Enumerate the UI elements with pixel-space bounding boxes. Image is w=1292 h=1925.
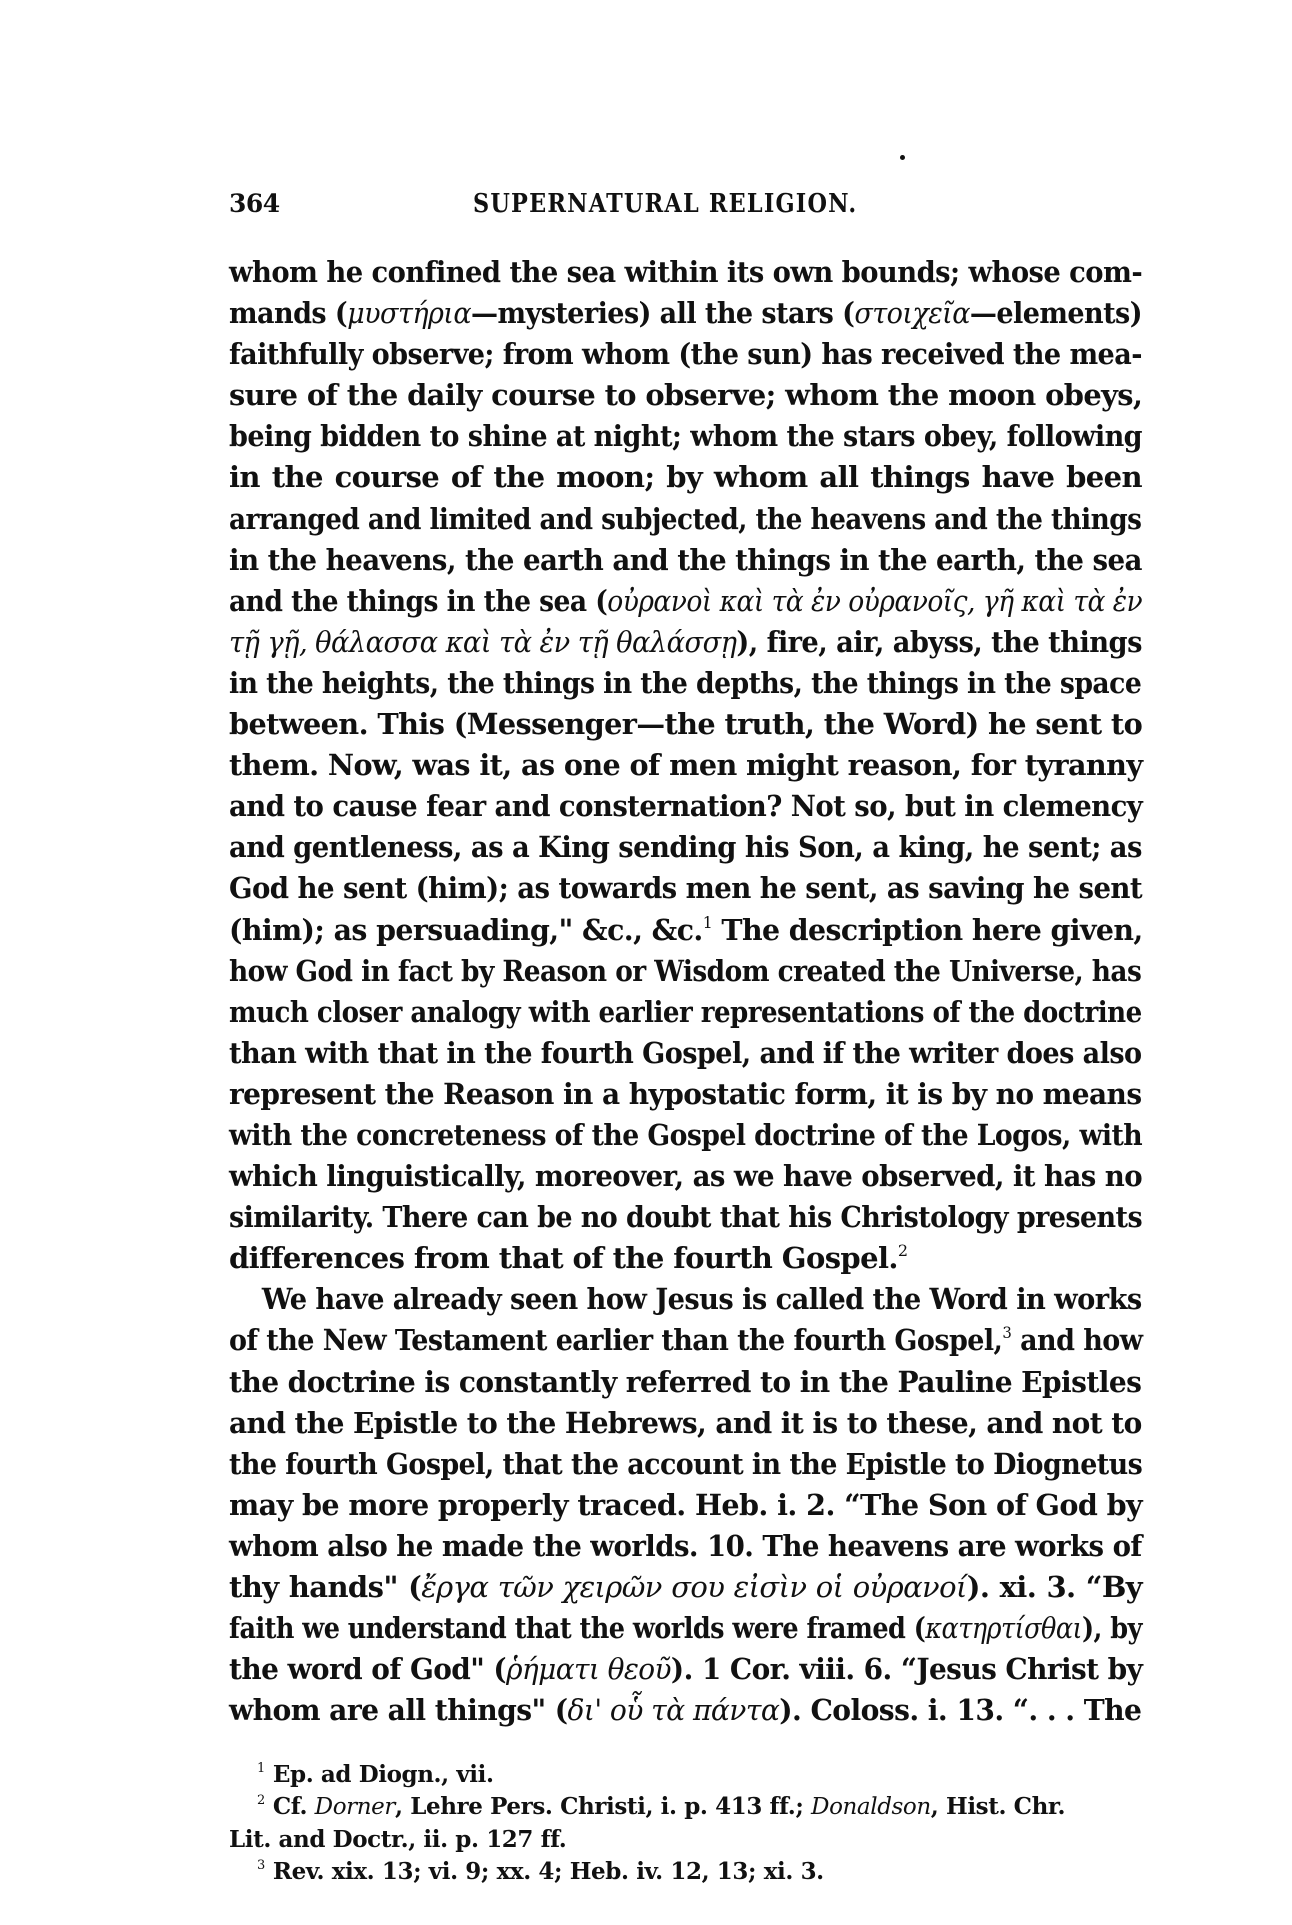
body-line: God he sent (him); as towards men he sen… [229, 868, 1097, 909]
footnote-marker: 3 [257, 1858, 265, 1873]
body-line: the doctrine is constantly referred to i… [229, 1362, 1113, 1403]
footnote-marker: 1 [257, 1761, 265, 1776]
body-line: with the concreteness of the Gospel doct… [229, 1115, 1069, 1156]
body-line: of the New Testament earlier than the fo… [229, 1320, 1078, 1361]
text-run: The description here given, [712, 913, 1143, 947]
footnote-marker: 2 [257, 1793, 265, 1808]
text-run: may be more properly traced. Heb. i. 2. … [229, 1488, 1142, 1522]
body-line: similarity. There can be no doubt that h… [229, 1197, 1077, 1238]
body-line: and the Epistle to the Hebrews, and it i… [229, 1403, 1110, 1444]
footnote-line: Lit. and Doctr., ii. p. 127 ff. [229, 1824, 1142, 1856]
body-line: whom he confined the sea within its own … [229, 252, 1091, 293]
footnote-line: 1Ep. ad Diogn., vii. [229, 1759, 1142, 1791]
greek-text: οὐρανοὶ καὶ τὰ ἐν οὐρανοῖς, γῆ καὶ τὰ ἐν [607, 584, 1142, 618]
text-run: , Lehre Pers. Christi, i. p. 413 ff.; [395, 1793, 811, 1820]
text-run: ), fire, air, abyss, the things [736, 625, 1141, 659]
text-run: and how [1011, 1323, 1142, 1357]
text-run: of the New Testament earlier than the fo… [229, 1323, 1002, 1357]
text-run: similarity. There can be no doubt that h… [229, 1200, 1142, 1234]
footnote-marker: 3 [1002, 1323, 1011, 1342]
greek-text: ῥήματι θεοῦ [506, 1652, 671, 1686]
text-run: much closer analogy with earlier represe… [229, 995, 1142, 1029]
body-line: and to cause fear and consternation? Not… [229, 786, 1095, 827]
body-line: in the course of the moon; by whom all t… [229, 457, 1142, 498]
body-line: faith we understand that the worlds were… [229, 1608, 1032, 1649]
text-run: Rev. xix. 13; vi. 9; xx. 4; Heb. iv. 12,… [273, 1858, 824, 1885]
body-line: in the heights, the things in the depths… [229, 663, 1068, 704]
text-run: ), by [1082, 1611, 1142, 1645]
text-run: arranged and limited and subjected, the … [229, 502, 1141, 536]
text-run: whom also he made the worlds. 10. The he… [229, 1529, 1142, 1563]
text-run: represent the Reason in a hypostatic for… [229, 1077, 1142, 1111]
body-line: than with that in the fourth Gospel, and… [229, 1033, 1082, 1074]
footnotes: 1Ep. ad Diogn., vii.2Cf. Dorner, Lehre P… [229, 1759, 1142, 1888]
body-line: much closer analogy with earlier represe… [229, 992, 1051, 1033]
text-run: God he sent (him); as towards men he sen… [229, 871, 1142, 905]
body-line: between. This (Messenger—the truth, the … [229, 704, 1133, 745]
greek-text: ἔργα τῶν χειρῶν σου εἰσὶν οἱ οὐρανοί [421, 1570, 967, 1604]
text-run: them. Now, was it, as one of men might r… [229, 748, 1142, 782]
body-line: and gentleness, as a King sending his So… [229, 827, 1093, 868]
text-run: ). Coloss. i. 13. “. . . The [779, 1693, 1141, 1727]
text-run: and the things in the sea ( [229, 584, 607, 618]
text-run: faith we understand that the worlds were… [229, 1611, 925, 1645]
body-line: differences from that of the fourth Gosp… [229, 1238, 1142, 1279]
text-run: which linguistically, moreover, as we ha… [229, 1159, 1142, 1193]
text-run: with the concreteness of the Gospel doct… [229, 1118, 1142, 1152]
text-run: ). xi. 3. “By [967, 1570, 1142, 1604]
body-line: thy hands" (ἔργα τῶν χειρῶν σου εἰσὶν οἱ… [229, 1567, 1142, 1608]
text-run: , Hist. Chr. [931, 1793, 1065, 1820]
text-run: Cf. [273, 1793, 315, 1820]
text-run: the doctrine is constantly referred to i… [229, 1365, 1141, 1399]
body-line: arranged and limited and subjected, the … [229, 499, 1058, 540]
body-line: and the things in the sea (οὐρανοὶ καὶ τ… [229, 581, 1065, 622]
running-title: SUPERNATURAL RELIGION. [473, 188, 846, 220]
body-line: being bidden to shine at night; whom the… [229, 416, 1081, 457]
body-line: mands (μυστήρια—mysteries) all the stars… [229, 293, 1080, 334]
text-run: (him); as persuading," &c., &c. [229, 913, 703, 947]
text-run: in the course of the moon; by whom all t… [229, 460, 1142, 494]
body-line: the fourth Gospel, that the account in t… [229, 1444, 1076, 1485]
page-number: 364 [229, 188, 280, 220]
text-run: in the heavens, the earth and the things… [229, 543, 1142, 577]
body-line: whom also he made the worlds. 10. The he… [229, 1526, 1098, 1567]
text-run: Ep. ad Diogn., vii. [273, 1761, 494, 1788]
text-run: We have already seen how Jesus is called… [262, 1282, 1142, 1316]
body-line: may be more properly traced. Heb. i. 2. … [229, 1485, 1129, 1526]
text-run: —elements) [970, 296, 1142, 330]
body-line: faithfully observe; from whom (the sun) … [229, 334, 1082, 375]
text-run: and the Epistle to the Hebrews, and it i… [229, 1406, 1142, 1440]
greek-text: μυστήρια [347, 296, 471, 330]
text-run: faithfully observe; from whom (the sun) … [229, 337, 1142, 371]
text-run: ). 1 Cor. viii. 6. “Jesus Christ by [671, 1652, 1142, 1686]
body-line: the word of God" (ῥήματι θεοῦ). 1 Cor. v… [229, 1649, 1109, 1690]
body-line: (him); as persuading," &c., &c.1 The des… [229, 910, 1123, 951]
print-speck [900, 155, 905, 160]
body-line: them. Now, was it, as one of men might r… [229, 745, 1130, 786]
text-run: Lit. and Doctr., ii. p. 127 ff. [229, 1826, 566, 1853]
body-line: τῇ γῇ, θάλασσα καὶ τὰ ἐν τῇ θαλάσσῃ), fi… [229, 622, 1088, 663]
text-run: sure of the daily course to observe; who… [229, 378, 1142, 412]
greek-text: στοιχεῖα [854, 296, 970, 330]
body-line: how God in fact by Reason or Wisdom crea… [229, 951, 1060, 992]
body-line: We have already seen how Jesus is called… [229, 1279, 1087, 1320]
text-run: whom are all things" ( [229, 1693, 568, 1727]
text-run: between. This (Messenger—the truth, the … [229, 707, 1142, 741]
greek-text: δι' οὗ τὰ πάντα [568, 1693, 780, 1727]
body-line: sure of the daily course to observe; who… [229, 375, 1137, 416]
body-line: in the heavens, the earth and the things… [229, 540, 1102, 581]
text-run: than with that in the fourth Gospel, and… [229, 1036, 1142, 1070]
text-run: Donaldson [811, 1794, 931, 1820]
text-run: Dorner [315, 1794, 395, 1820]
text-run: and to cause fear and consternation? Not… [229, 789, 1142, 823]
text-run: mands ( [229, 296, 347, 330]
text-run: in the heights, the things in the depths… [229, 666, 1141, 700]
text-run: differences from that of the fourth Gosp… [229, 1241, 898, 1275]
footnote-marker: 2 [898, 1241, 908, 1260]
text-run: being bidden to shine at night; whom the… [229, 419, 1142, 453]
greek-text: τῇ γῇ, θάλασσα καὶ τὰ ἐν τῇ θαλάσσῃ [229, 625, 736, 659]
body-text: whom he confined the sea within its own … [229, 252, 1142, 1731]
body-line: represent the Reason in a hypostatic for… [229, 1074, 1111, 1115]
running-head: 364 SUPERNATURAL RELIGION. [229, 188, 1142, 220]
body-line: which linguistically, moreover, as we ha… [229, 1156, 1097, 1197]
text-run: how God in fact by Reason or Wisdom crea… [229, 954, 1141, 988]
text-run: the fourth Gospel, that the account in t… [229, 1447, 1142, 1481]
text-run: —mysteries) all the stars ( [471, 296, 854, 330]
text-run: thy hands" ( [229, 1570, 421, 1604]
text-run: and gentleness, as a King sending his So… [229, 830, 1142, 864]
footnote-line: 2Cf. Dorner, Lehre Pers. Christi, i. p. … [229, 1791, 1142, 1823]
text-run: the word of God" ( [229, 1652, 506, 1686]
greek-text: κατηρτίσθαι [925, 1611, 1082, 1645]
text-run: whom he confined the sea within its own … [229, 255, 1142, 289]
footnote-line: 3Rev. xix. 13; vi. 9; xx. 4; Heb. iv. 12… [229, 1856, 1142, 1888]
body-line: whom are all things" (δι' οὗ τὰ πάντα). … [229, 1690, 1116, 1731]
